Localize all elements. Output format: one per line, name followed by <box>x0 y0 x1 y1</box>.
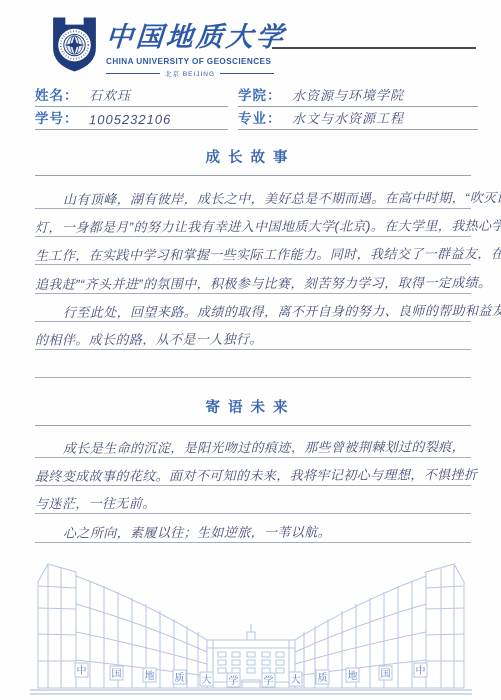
college-value: 水资源与环境学院 <box>291 85 403 105</box>
svg-text:学: 学 <box>264 674 274 687</box>
campus-building-illustration: 中 国 地 质 大 学 学 大 质 地 国 中 <box>30 556 472 698</box>
svg-text:国: 国 <box>381 668 391 680</box>
student-id-label: 学号： <box>35 107 79 127</box>
header-divider <box>272 47 476 49</box>
story-line: 灯，一身都是月”的努力让我有幸进入中国地质大学(北京)。在大学里，我热心学 <box>35 213 471 237</box>
svg-text:国: 国 <box>112 668 122 680</box>
university-title-block: 中国地质大学 CHINA UNIVERSITY OF GEOSCIENCES 北… <box>106 15 281 78</box>
right-dash <box>220 73 274 74</box>
story-line: 追我赶”“齐头并进”的氛围中，积极参与比赛，刻苦努力学习，取得一定成绩。 <box>35 270 471 294</box>
major-label: 专业： <box>238 107 282 127</box>
name-field: 姓名： 石欢珏 <box>35 86 228 107</box>
svg-text:地: 地 <box>348 669 358 682</box>
svg-text:大: 大 <box>291 673 301 686</box>
future-line: 心之所向，素履以往；生如逆旅，一苇以航。 <box>35 519 471 543</box>
svg-text:质: 质 <box>175 671 185 684</box>
name-label: 姓名： <box>35 84 79 104</box>
story-line: 的相伴。成长的路，从不是一人独行。 <box>35 326 471 350</box>
section-divider <box>35 175 471 176</box>
major-value: 水文与水资源工程 <box>291 108 403 128</box>
future-line: 成长是生命的沉淀，是阳光吻过的痕迹，那些曾被荆棘划过的裂痕， <box>35 434 471 458</box>
story-line: 行至此处，回望来路。成绩的取得，离不开自身的努力、良师的帮助和益友 <box>35 298 471 322</box>
svg-text:质: 质 <box>318 671 328 684</box>
story-line-blank <box>35 354 471 378</box>
student-id-value: 1005232106 <box>88 112 170 128</box>
svg-text:学: 学 <box>229 674 239 687</box>
college-label: 学院： <box>238 84 282 104</box>
major-field: 专业： 水文与水资源工程 <box>238 109 478 130</box>
section-divider <box>35 425 471 426</box>
future-line: 与迷茫，一往无前。 <box>35 490 471 514</box>
university-emblem-icon <box>47 13 102 73</box>
story-line: 山有顶峰，湖有彼岸，成长之中，美好总是不期而遇。在高中时期，“吹灭读书 <box>35 185 471 209</box>
campus-line: 北京 BEIJING <box>106 69 274 78</box>
section-title-growth-story: 成长故事 <box>0 146 501 167</box>
svg-text:地: 地 <box>145 669 155 682</box>
svg-text:大: 大 <box>202 673 212 686</box>
story-line: 生工作，在实践中学习和掌握一些实际工作能力。同时，我结交了一群益友，在“你 <box>35 241 471 265</box>
name-value: 石欢珏 <box>88 85 130 104</box>
scanned-form-page: 中国地质大学 CHINA UNIVERSITY OF GEOSCIENCES 北… <box>0 0 501 700</box>
left-dash <box>106 73 160 74</box>
campus-label: 北京 BEIJING <box>165 69 215 78</box>
svg-text:中: 中 <box>416 664 426 677</box>
student-id-field: 学号： 1005232106 <box>35 109 228 130</box>
college-field: 学院： 水资源与环境学院 <box>238 86 478 107</box>
section-title-future-message: 寄语未来 <box>0 396 501 417</box>
svg-text:中: 中 <box>77 664 87 677</box>
university-name-cn: 中国地质大学 <box>105 15 283 54</box>
future-line: 最终变成故事的花纹。面对不可知的未来，我将牢记初心与理想，不惧挫折 <box>35 462 471 486</box>
university-name-en: CHINA UNIVERSITY OF GEOSCIENCES <box>106 57 281 66</box>
